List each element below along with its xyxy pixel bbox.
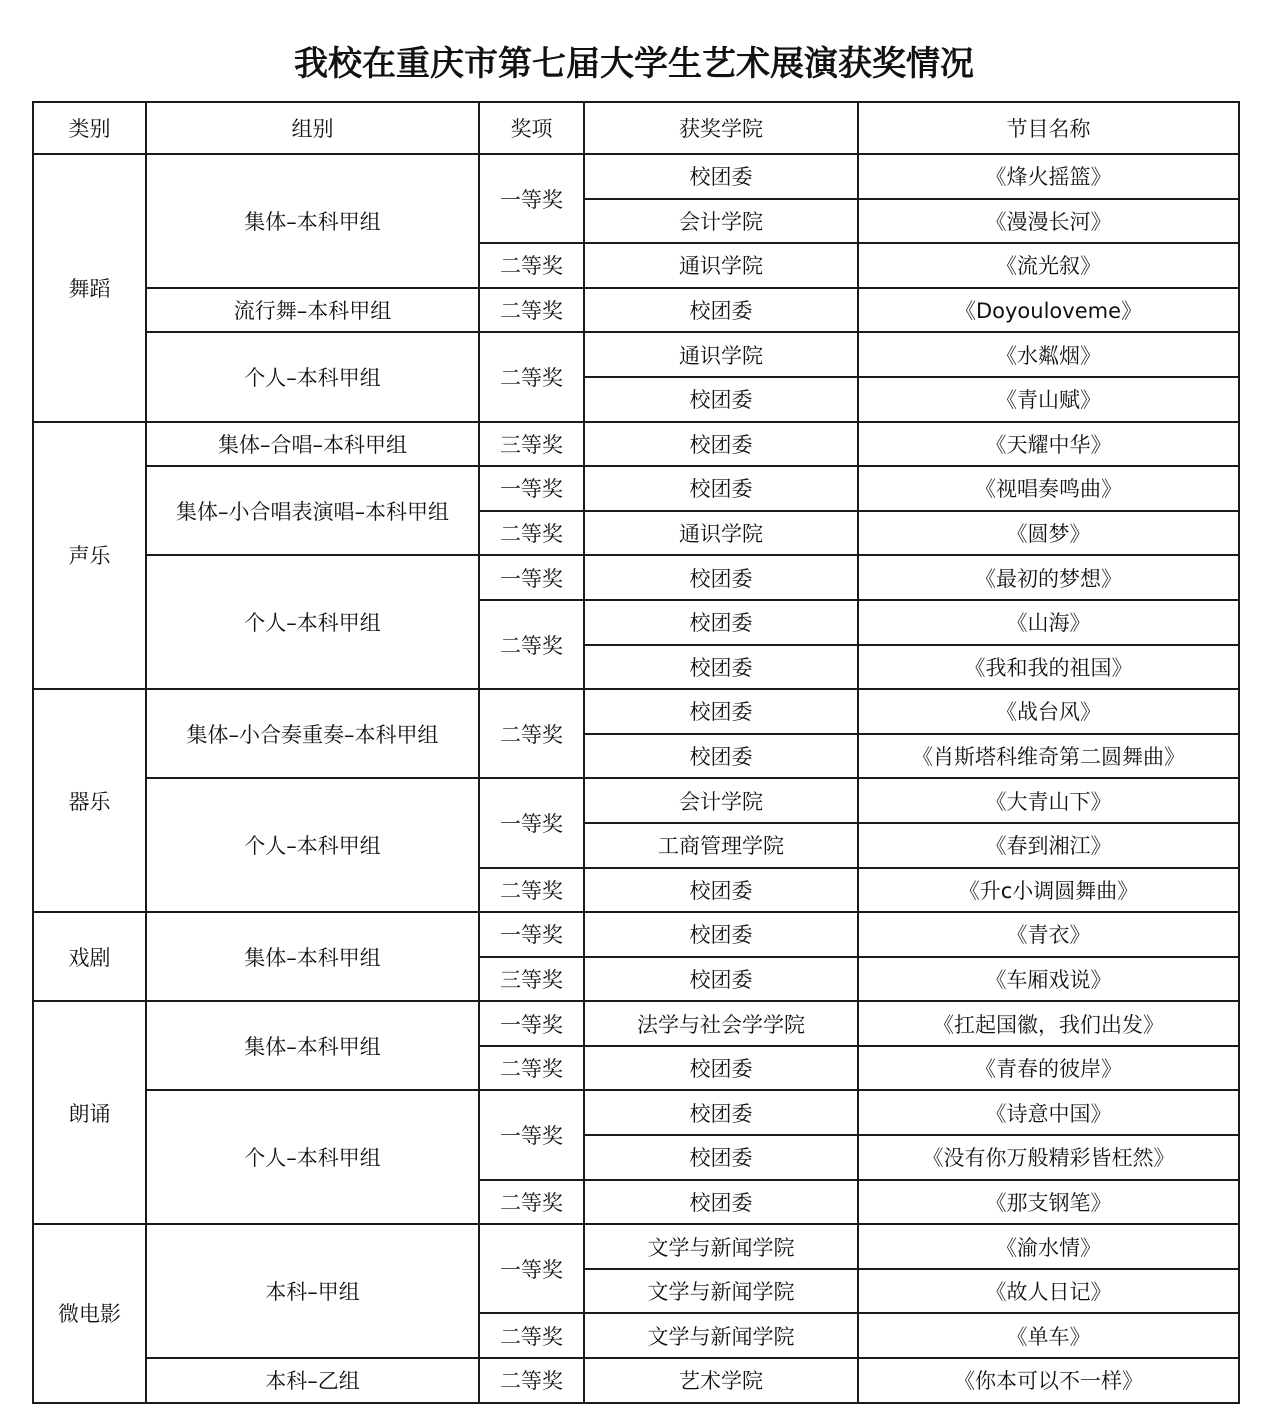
award-cell: 一等奖 — [479, 555, 584, 600]
award-cell: 二等奖 — [479, 1358, 584, 1403]
group-cell: 个人–本科甲组 — [146, 555, 479, 689]
award-cell: 三等奖 — [479, 957, 584, 1002]
college-cell: 通识学院 — [584, 332, 858, 377]
award-cell: 一等奖 — [479, 912, 584, 957]
program-cell: 《流光叙》 — [858, 243, 1239, 288]
program-cell: 《漫漫长河》 — [858, 199, 1239, 244]
group-cell: 集体–小合唱表演唱–本科甲组 — [146, 466, 479, 555]
table-row: 流行舞–本科甲组 二等奖 校团委 《Doyouloveme》 — [33, 288, 1239, 333]
header-category: 类别 — [33, 102, 146, 154]
college-cell: 校团委 — [584, 734, 858, 779]
page-title: 我校在重庆市第七届大学生艺术展演获奖情况 — [0, 36, 1268, 85]
header-award: 奖项 — [479, 102, 584, 154]
table-header-row: 类别 组别 奖项 获奖学院 节目名称 — [33, 102, 1239, 154]
college-cell: 校团委 — [584, 1090, 858, 1135]
award-cell: 二等奖 — [479, 1046, 584, 1091]
program-cell: 《最初的梦想》 — [858, 555, 1239, 600]
college-cell: 法学与社会学学院 — [584, 1001, 858, 1046]
college-cell: 校团委 — [584, 600, 858, 645]
award-cell: 二等奖 — [479, 1180, 584, 1225]
college-cell: 校团委 — [584, 555, 858, 600]
program-cell: 《车厢戏说》 — [858, 957, 1239, 1002]
program-cell: 《春到湘江》 — [858, 823, 1239, 868]
table-row: 微电影 本科–甲组 一等奖 文学与新闻学院 《渝水情》 — [33, 1224, 1239, 1269]
award-cell: 二等奖 — [479, 332, 584, 421]
category-cell: 戏剧 — [33, 912, 146, 1001]
award-cell: 二等奖 — [479, 600, 584, 689]
category-cell: 朗诵 — [33, 1001, 146, 1224]
award-cell: 一等奖 — [479, 1001, 584, 1046]
header-college: 获奖学院 — [584, 102, 858, 154]
award-cell: 二等奖 — [479, 511, 584, 556]
group-cell: 集体–本科甲组 — [146, 1001, 479, 1090]
award-cell: 二等奖 — [479, 243, 584, 288]
table-row: 朗诵 集体–本科甲组 一等奖 法学与社会学学院 《扛起国徽，我们出发》 — [33, 1001, 1239, 1046]
table-row: 个人–本科甲组 二等奖 通识学院 《水粼烟》 — [33, 332, 1239, 377]
college-cell: 校团委 — [584, 466, 858, 511]
award-cell: 二等奖 — [479, 1313, 584, 1358]
college-cell: 文学与新闻学院 — [584, 1269, 858, 1314]
college-cell: 文学与新闻学院 — [584, 1224, 858, 1269]
award-cell: 一等奖 — [479, 1224, 584, 1313]
college-cell: 校团委 — [584, 1180, 858, 1225]
program-cell: 《圆梦》 — [858, 511, 1239, 556]
program-cell: 《单车》 — [858, 1313, 1239, 1358]
award-cell: 一等奖 — [479, 1090, 584, 1179]
college-cell: 文学与新闻学院 — [584, 1313, 858, 1358]
college-cell: 通识学院 — [584, 511, 858, 556]
group-cell: 个人–本科甲组 — [146, 1090, 479, 1224]
header-group: 组别 — [146, 102, 479, 154]
college-cell: 校团委 — [584, 288, 858, 333]
college-cell: 校团委 — [584, 154, 858, 199]
college-cell: 校团委 — [584, 689, 858, 734]
table-row: 个人–本科甲组 一等奖 会计学院 《大青山下》 — [33, 778, 1239, 823]
program-cell: 《没有你万般精彩皆枉然》 — [858, 1135, 1239, 1180]
program-cell: 《大青山下》 — [858, 778, 1239, 823]
college-cell: 会计学院 — [584, 778, 858, 823]
group-cell: 集体–本科甲组 — [146, 912, 479, 1001]
category-cell: 微电影 — [33, 1224, 146, 1402]
group-cell: 流行舞–本科甲组 — [146, 288, 479, 333]
award-cell: 二等奖 — [479, 288, 584, 333]
program-cell: 《诗意中国》 — [858, 1090, 1239, 1135]
program-cell: 《升c小调圆舞曲》 — [858, 868, 1239, 913]
college-cell: 校团委 — [584, 1046, 858, 1091]
program-cell: 《山海》 — [858, 600, 1239, 645]
college-cell: 校团委 — [584, 645, 858, 690]
program-cell: 《故人日记》 — [858, 1269, 1239, 1314]
table-row: 器乐 集体–小合奏重奏–本科甲组 二等奖 校团委 《战台风》 — [33, 689, 1239, 734]
award-cell: 二等奖 — [479, 868, 584, 913]
table-row: 声乐 集体–合唱–本科甲组 三等奖 校团委 《天耀中华》 — [33, 422, 1239, 467]
program-cell: 《肖斯塔科维奇第二圆舞曲》 — [858, 734, 1239, 779]
category-cell: 声乐 — [33, 422, 146, 690]
table-row: 个人–本科甲组 一等奖 校团委 《诗意中国》 — [33, 1090, 1239, 1135]
college-cell: 校团委 — [584, 377, 858, 422]
college-cell: 艺术学院 — [584, 1358, 858, 1403]
table-row: 集体–小合唱表演唱–本科甲组 一等奖 校团委 《视唱奏鸣曲》 — [33, 466, 1239, 511]
program-cell: 《我和我的祖国》 — [858, 645, 1239, 690]
group-cell: 个人–本科甲组 — [146, 778, 479, 912]
program-cell: 《天耀中华》 — [858, 422, 1239, 467]
college-cell: 校团委 — [584, 1135, 858, 1180]
program-cell: 《青春的彼岸》 — [858, 1046, 1239, 1091]
table-row: 本科–乙组 二等奖 艺术学院 《你本可以不一样》 — [33, 1358, 1239, 1403]
program-cell: 《青山赋》 — [858, 377, 1239, 422]
group-cell: 集体–小合奏重奏–本科甲组 — [146, 689, 479, 778]
award-cell: 二等奖 — [479, 689, 584, 778]
program-cell: 《Doyouloveme》 — [858, 288, 1239, 333]
award-cell: 三等奖 — [479, 422, 584, 467]
award-cell: 一等奖 — [479, 466, 584, 511]
group-cell: 个人–本科甲组 — [146, 332, 479, 421]
program-cell: 《烽火摇篮》 — [858, 154, 1239, 199]
header-program: 节目名称 — [858, 102, 1239, 154]
college-cell: 校团委 — [584, 422, 858, 467]
awards-table: 类别 组别 奖项 获奖学院 节目名称 舞蹈 集体–本科甲组 一等奖 校团委 《烽… — [32, 101, 1240, 1404]
group-cell: 集体–本科甲组 — [146, 154, 479, 288]
program-cell: 《青衣》 — [858, 912, 1239, 957]
table-row: 舞蹈 集体–本科甲组 一等奖 校团委 《烽火摇篮》 — [33, 154, 1239, 199]
award-cell: 一等奖 — [479, 154, 584, 243]
college-cell: 校团委 — [584, 868, 858, 913]
program-cell: 《那支钢笔》 — [858, 1180, 1239, 1225]
college-cell: 校团委 — [584, 912, 858, 957]
group-cell: 本科–甲组 — [146, 1224, 479, 1358]
category-cell: 器乐 — [33, 689, 146, 912]
program-cell: 《战台风》 — [858, 689, 1239, 734]
college-cell: 工商管理学院 — [584, 823, 858, 868]
program-cell: 《视唱奏鸣曲》 — [858, 466, 1239, 511]
program-cell: 《扛起国徽，我们出发》 — [858, 1001, 1239, 1046]
college-cell: 会计学院 — [584, 199, 858, 244]
program-cell: 《渝水情》 — [858, 1224, 1239, 1269]
college-cell: 通识学院 — [584, 243, 858, 288]
program-cell: 《你本可以不一样》 — [858, 1358, 1239, 1403]
table-row: 个人–本科甲组 一等奖 校团委 《最初的梦想》 — [33, 555, 1239, 600]
category-cell: 舞蹈 — [33, 154, 146, 422]
table-row: 戏剧 集体–本科甲组 一等奖 校团委 《青衣》 — [33, 912, 1239, 957]
program-cell: 《水粼烟》 — [858, 332, 1239, 377]
group-cell: 集体–合唱–本科甲组 — [146, 422, 479, 467]
group-cell: 本科–乙组 — [146, 1358, 479, 1403]
award-cell: 一等奖 — [479, 778, 584, 867]
college-cell: 校团委 — [584, 957, 858, 1002]
